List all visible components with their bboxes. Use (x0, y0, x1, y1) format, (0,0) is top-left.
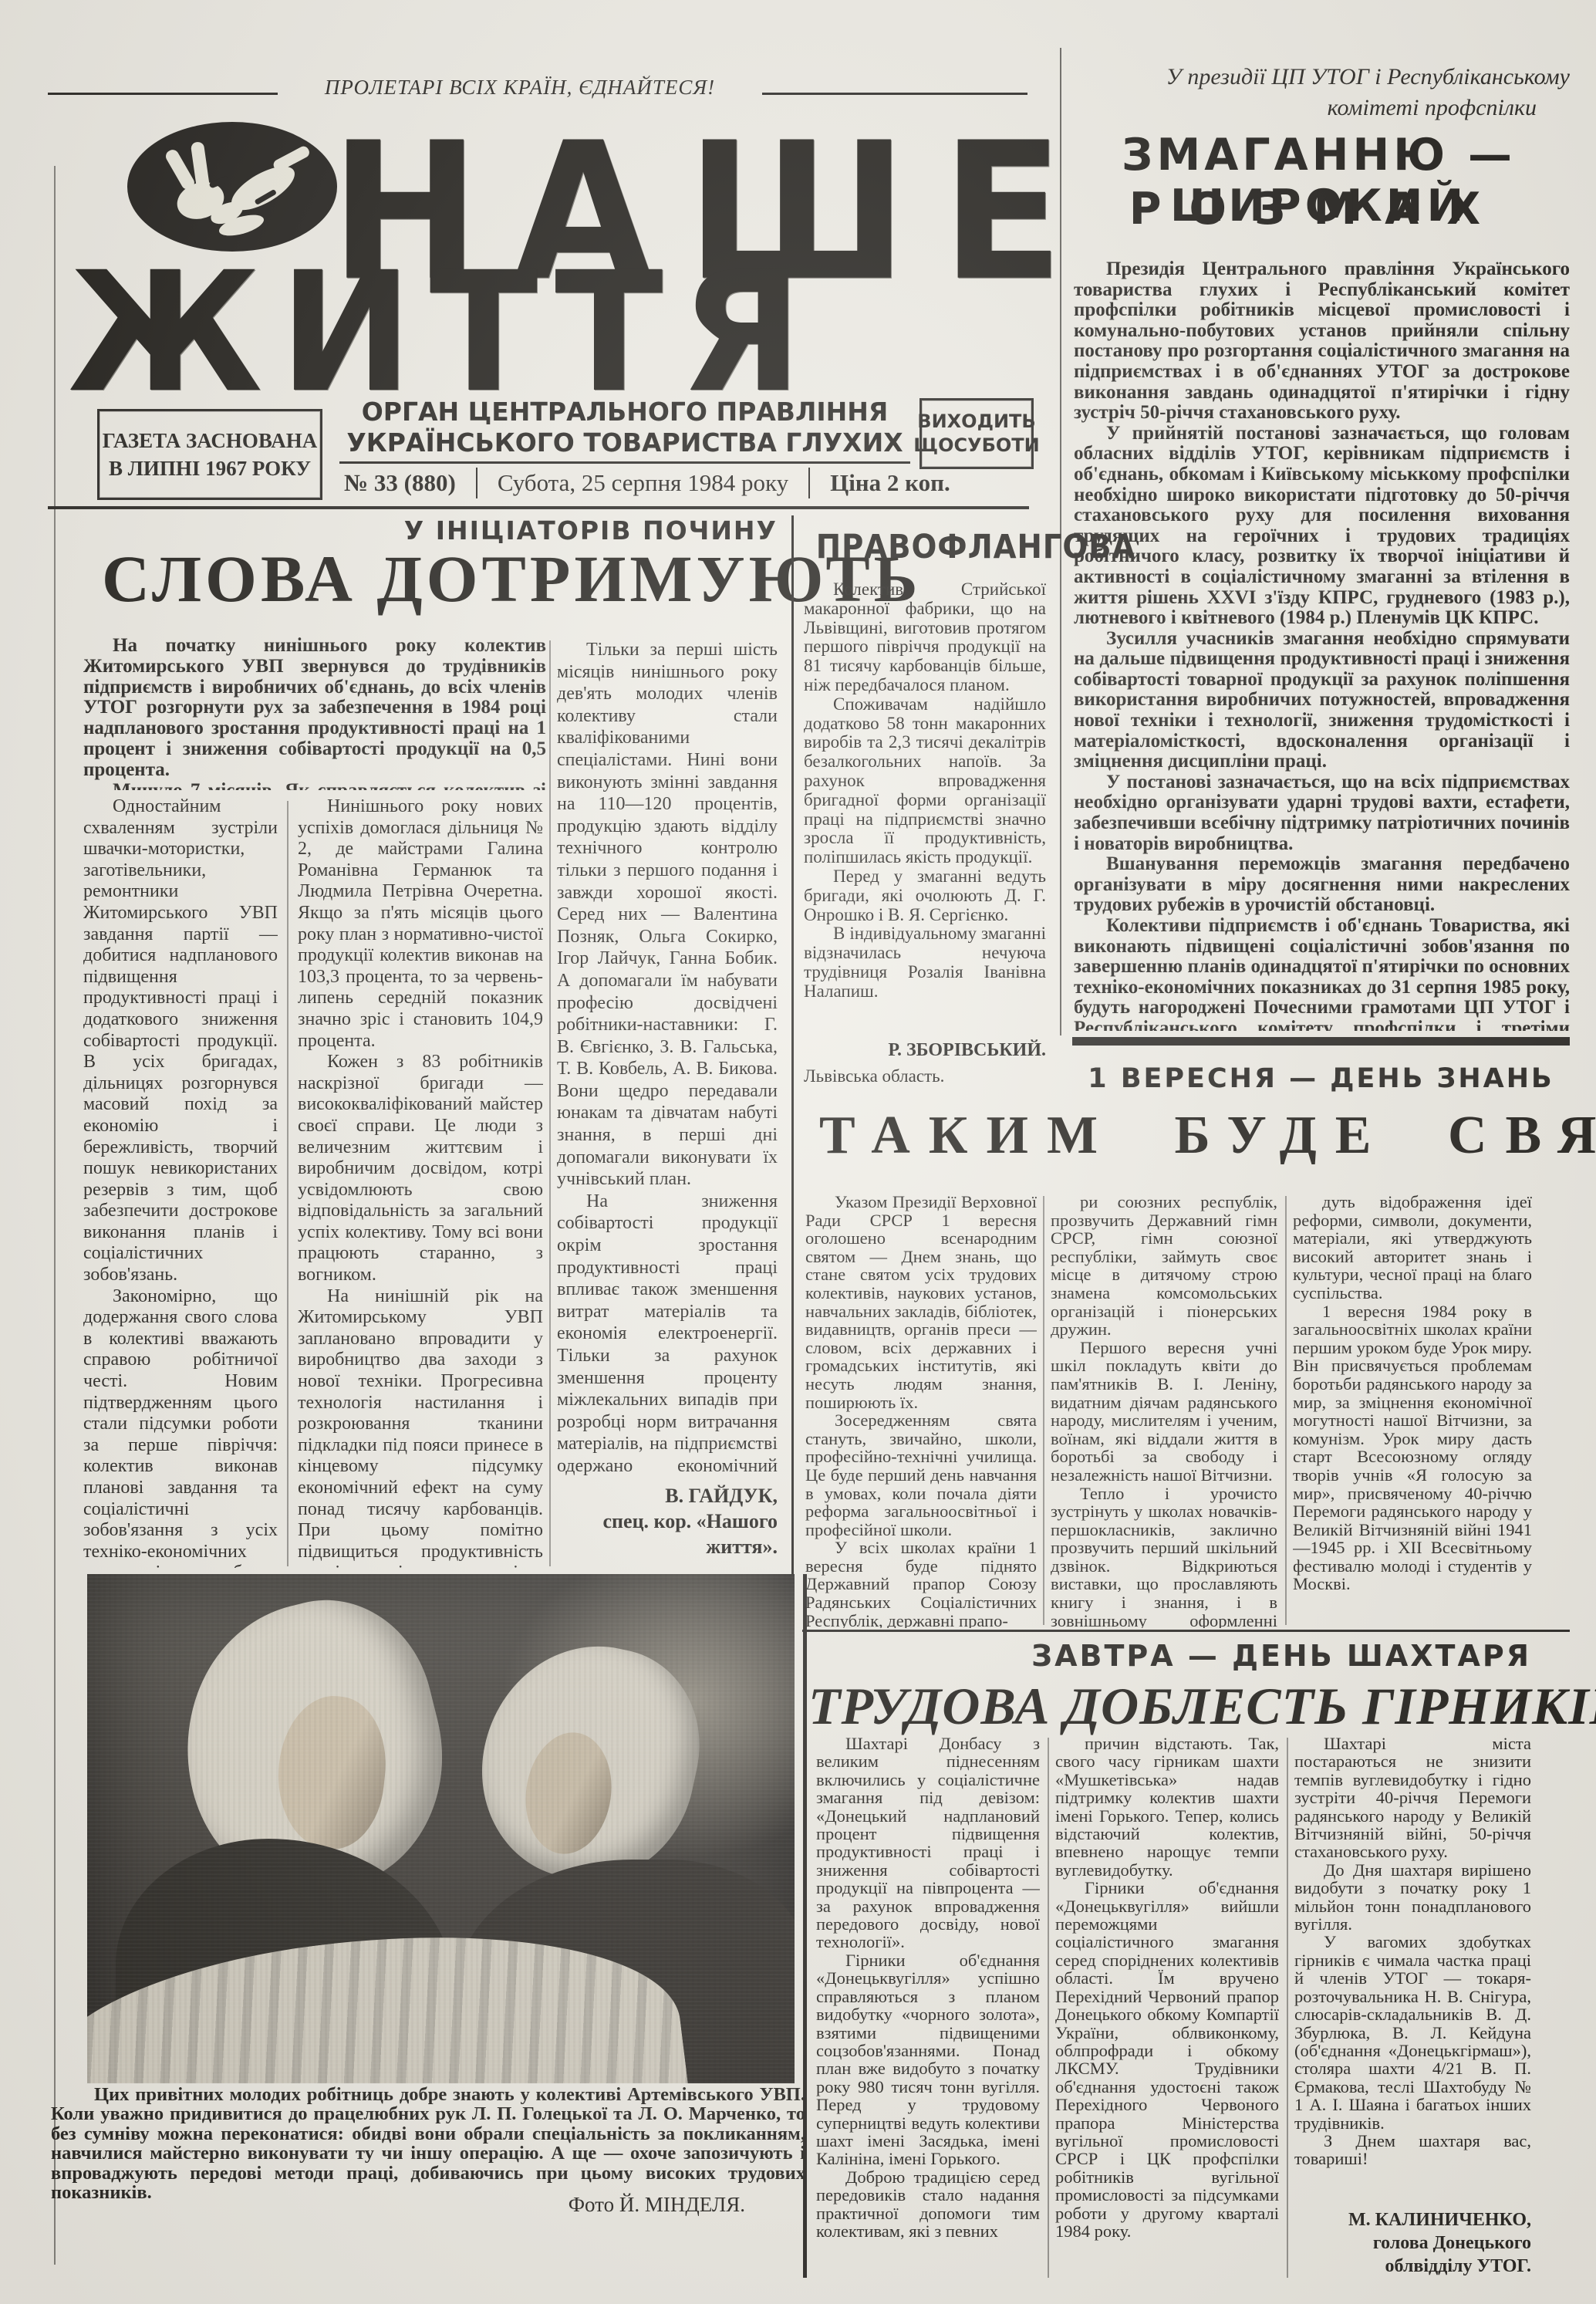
slova-col2: Нинішнього року нових успіхів домоглася … (298, 796, 543, 1568)
hirnyky-byline-role1: голова Донецького (1294, 2231, 1531, 2255)
founded-line1: ГАЗЕТА ЗАСНОВАНА (103, 427, 317, 454)
zmahannia-kicker-line2: комітеті профспілки (1074, 93, 1537, 123)
paragraph: У постанові зазначається, що на всіх під… (1074, 772, 1570, 854)
sviato-col-rule-1 (1043, 1196, 1044, 1625)
sviato-col3: дуть відображення ідеї реформи, символи,… (1293, 1193, 1532, 1628)
issue-price: Ціна 2 коп. (808, 468, 950, 498)
paragraph: Зусилля учасників змагання необхідно спр… (1074, 629, 1570, 772)
hirnyky-kicker: ЗАВТРА — ДЕНЬ ШАХТАРЯ (991, 1639, 1531, 1673)
paragraph: Указом Президії Верховної Ради СРСР 1 ве… (805, 1193, 1037, 1411)
paragraph: Минуло 7 місяців. Як справляється колект… (83, 781, 546, 790)
slova-byline-name: В. ГАЙДУК, (557, 1483, 778, 1508)
issue-number: № 33 (880) (344, 469, 476, 497)
masthead-bottom-rule (48, 506, 1029, 509)
slova-intro: На початку нинішнього року колектив Жито… (83, 636, 546, 790)
photo-caption: Цих привітних молодих робітниць добре зн… (51, 2085, 805, 2202)
organ-line1: ОРГАН ЦЕНТРАЛЬНОГО ПРАВЛІННЯ (339, 397, 910, 427)
zmahannia-body: Президія Центрального правління Українсь… (1074, 259, 1570, 1031)
slova-byline-role1: спец. кор. «Нашого (557, 1508, 778, 1534)
slogan-rule-left (48, 93, 278, 95)
organ-line2: УКРАЇНСЬКОГО ТОВАРИСТВА ГЛУХИХ (339, 427, 910, 458)
paragraph: На нинішній рік на Житомирському УВП зап… (298, 1286, 543, 1568)
paragraph: причин відстають. Так, свого часу гірник… (1055, 1735, 1279, 1879)
slova-col3: Тільки за перші шість місяців нинішнього… (557, 639, 778, 1480)
founded-box: ГАЗЕТА ЗАСНОВАНА В ЛИПНІ 1967 РОКУ (97, 409, 322, 500)
pravoflanhova-location: Львівська область. (804, 1066, 1046, 1086)
slova-byline: В. ГАЙДУК, спец. кор. «Нашого життя». (557, 1483, 778, 1559)
founded-line2: В ЛИПНІ 1967 РОКУ (109, 454, 311, 482)
paragraph: Президія Центрального правління Українсь… (1074, 259, 1570, 424)
sviato-col1: Указом Президії Верховної Ради СРСР 1 ве… (805, 1193, 1037, 1628)
slova-byline-role2: життя». (557, 1534, 778, 1559)
paragraph: Перед у змаганні ведуть бригади, які очо… (804, 867, 1046, 924)
paragraph: дуть відображення ідеї реформи, символи,… (1293, 1193, 1532, 1302)
paragraph: Одностайним схваленням зустріли швачки-м… (83, 796, 278, 1286)
schedule-box: ВИХОДИТЬ ЩОСУБОТИ (919, 398, 1034, 469)
sviato-col-rule-2 (1285, 1196, 1287, 1625)
paragraph: У всіх школах країни 1 вересня буде підн… (805, 1539, 1037, 1628)
issue-rule-top (339, 461, 910, 464)
zmahannia-title-line2: РОЗМАХ (1068, 184, 1570, 235)
issue-date: Субота, 25 серпня 1984 року (476, 468, 808, 498)
paragraph: Доброю традицією серед передовиків стало… (816, 2168, 1040, 2241)
sviato-title: ТАКИМ БУДЕ СВЯТО (819, 1105, 1550, 1167)
schedule-line2: ЩОСУБОТИ (913, 434, 1040, 458)
slogan: ПРОЛЕТАРІ ВСІХ КРАЇН, ЄДНАЙТЕСЯ! (284, 76, 756, 100)
pravoflanhova-title: ПРАВОФЛАНГОВА (816, 528, 1034, 566)
section-thick-rule (1072, 1037, 1570, 1046)
paragraph: Вшанування переможців змагання передбаче… (1074, 854, 1570, 916)
paragraph: Споживачам надійшло додатково 58 тонн ма… (804, 695, 1046, 867)
paragraph: У прийнятій постанові зазначається, що г… (1074, 424, 1570, 629)
sign-language-hands-icon (126, 120, 339, 253)
paragraph: ри союзних республік, прозвучить Державн… (1051, 1193, 1277, 1339)
zmahannia-kicker-line1: У президії ЦП УТОГ і Республіканському (1074, 62, 1570, 93)
slova-col-rule-2 (549, 640, 551, 1566)
pravoflanhova-body: Колектив Стрийської макаронної фабрики, … (804, 580, 1046, 1037)
paragraph: Першого вересня учні шкіл покладуть квіт… (1051, 1339, 1277, 1485)
masthead-title-line2: ЖИТТЯ (68, 250, 819, 415)
slogan-rule-right (762, 93, 1027, 95)
paragraph: У вагомих здобутках гірників є чимала ча… (1294, 1933, 1531, 2131)
newspaper-front-page: ПРОЛЕТАРІ ВСІХ КРАЇН, ЄДНАЙТЕСЯ! НАШЕ ЖИ… (0, 0, 1596, 2304)
paragraph: Тільки за перші шість місяців нинішнього… (557, 639, 778, 1191)
sviato-kicker: 1 ВЕРЕСНЯ — ДЕНЬ ЗНАНЬ (1072, 1063, 1570, 1094)
hirnyky-col-rule-1 (1048, 1738, 1049, 2278)
hirnyky-byline-name: М. КАЛИНИЧЕНКО, (1294, 2208, 1531, 2231)
hirnyky-col-rule-2 (1287, 1738, 1288, 2278)
schedule-line1: ВИХОДИТЬ (917, 410, 1035, 434)
paragraph: Кожен з 83 робітників наскрізної бригади… (298, 1052, 543, 1286)
sviato-bottom-rule (802, 1630, 1570, 1632)
slova-col1: Одностайним схваленням зустріли швачки-м… (83, 796, 278, 1568)
paragraph: Шахтарі міста постараються не знизити те… (1294, 1735, 1531, 1861)
paragraph: Закономірно, що додержання свого слова в… (83, 1286, 278, 1568)
workers-photo (87, 1574, 795, 2083)
paragraph: З Днем шахтаря вас, товариші! (1294, 2132, 1531, 2168)
hirnyky-col3: Шахтарі міста постараються не знизити те… (1294, 1735, 1531, 2205)
paragraph: На початку нинішнього року колектив Жито… (83, 636, 546, 781)
hirnyky-byline-role2: облвідділу УТОГ. (1294, 2255, 1531, 2278)
paragraph: На зниження собівартості продукції окрім… (557, 1191, 778, 1480)
slova-col-rule-1 (287, 801, 288, 1566)
pravoflanhova-signature: Р. ЗБОРІВСЬКИЙ. (804, 1040, 1046, 1061)
paragraph: Нинішнього року нових успіхів домоглася … (298, 796, 543, 1052)
pravoflanhova-left-rule (791, 515, 794, 1631)
slova-title: СЛОВА ДОТРИМУЮТЬ (102, 540, 781, 617)
sviato-col2: ри союзних республік, прозвучить Державн… (1051, 1193, 1277, 1628)
page-left-edge-rule (54, 166, 56, 2265)
paragraph: Колективи підприємств і об'єднань Товари… (1074, 916, 1570, 1031)
paragraph: В індивідуальному змаганні відзначилась … (804, 924, 1046, 1001)
hirnyky-col2: причин відстають. Так, свого часу гірник… (1055, 1735, 1279, 2278)
hirnyky-title: ТРУДОВА ДОБЛЕСТЬ ГІРНИКІВ (808, 1676, 1571, 1737)
paragraph: Зосередженням свята стануть, звичайно, ш… (805, 1411, 1037, 1539)
paragraph: Колектив Стрийської макаронної фабрики, … (804, 580, 1046, 695)
paragraph: До Дня шахтаря вирішено видобути з почат… (1294, 1861, 1531, 1934)
issue-line: № 33 (880) Субота, 25 серпня 1984 року Ц… (344, 468, 1027, 498)
paragraph: 1 вересня 1984 року в загальноосвітніх ш… (1293, 1302, 1532, 1594)
hirnyky-byline: М. КАЛИНИЧЕНКО, голова Донецького облвід… (1294, 2208, 1531, 2278)
paragraph: Тепло і урочисто зустрінуть у школах нов… (1051, 1485, 1277, 1629)
photo-credit: Фото Й. МІНДЕЛЯ. (51, 2193, 745, 2217)
hirnyky-col1: Шахтарі Донбасу з великим піднесенням вк… (816, 1735, 1040, 2278)
paragraph: Шахтарі Донбасу з великим піднесенням вк… (816, 1735, 1040, 1951)
paragraph: Гірники об'єднання «Донецьквугілля» вийш… (1055, 1879, 1279, 2240)
paragraph: Гірники об'єднання «Донецьквугілля» успі… (816, 1951, 1040, 2168)
photo-caption-text: Цих привітних молодих робітниць добре зн… (51, 2085, 805, 2202)
